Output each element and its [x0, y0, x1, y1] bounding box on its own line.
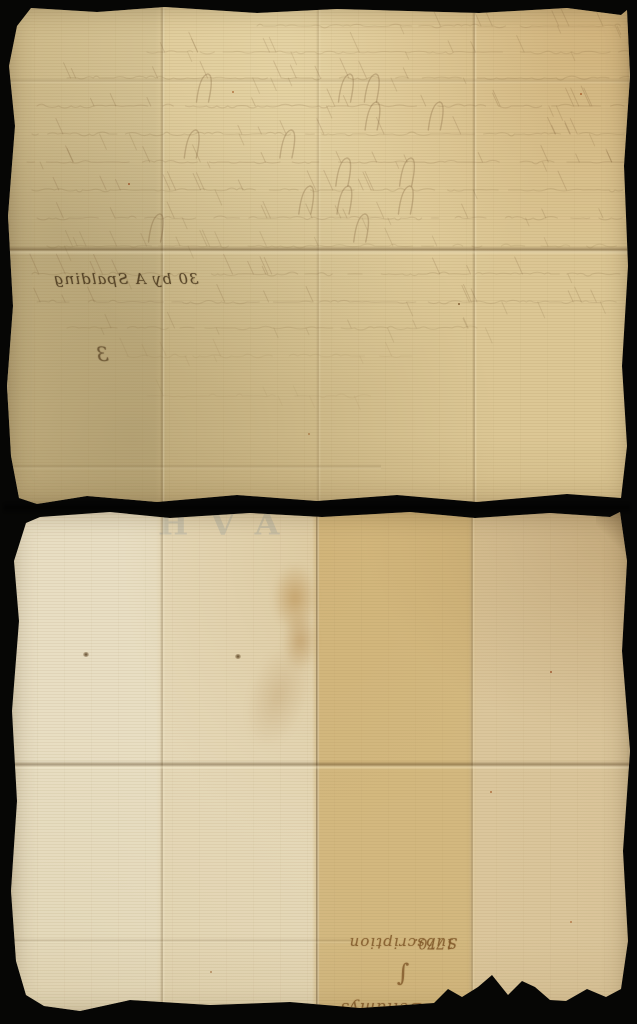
manuscript-bottom-leaf: HVA Col° Bellamys ∫ Subscription 1770. [10, 511, 630, 1017]
foxing-specks [550, 671, 552, 673]
bleedthrough-numeral: 3 [95, 342, 109, 366]
photo-background: 30 by A Spalding 3 HVA Col° Bellamys [0, 0, 637, 1024]
fold-crease-horizontal-lower [10, 938, 351, 944]
fold-seam [4, 503, 630, 513]
foxing-specks [128, 183, 130, 185]
ink-spot [235, 654, 241, 659]
docket-inscription: Col° Bellamys ∫ Subscription [323, 934, 483, 1018]
docket-flourish: ∫ [397, 969, 410, 983]
docket-date: 1770. [414, 935, 454, 951]
fold-crease-horizontal-faint [7, 78, 630, 84]
docket-line-name: Col° Bellamys [340, 999, 467, 1018]
fold-crease-horizontal-lower [7, 464, 381, 470]
manuscript-top-leaf: 30 by A Spalding 3 [7, 6, 630, 506]
fold-crease-horizontal-main [7, 246, 630, 255]
folded-corner-shadow [596, 511, 630, 559]
bleedthrough-inscription: 30 by A Spalding [53, 270, 199, 288]
fold-crease-horizontal-main [10, 761, 630, 770]
ink-spot [83, 652, 89, 657]
